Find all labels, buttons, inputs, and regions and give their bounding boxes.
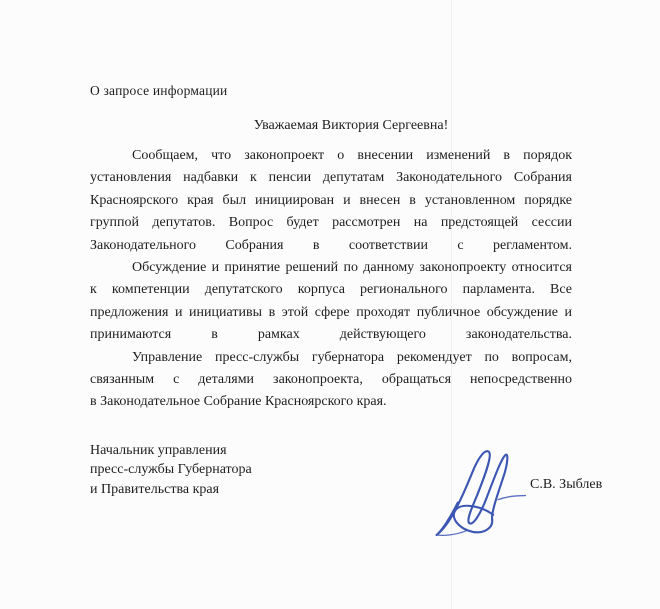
signoff-line: пресс-службы Губернатора	[90, 460, 330, 479]
signoff-line: и Правительства края	[90, 480, 330, 499]
body-line: Законодательного Собрания в соответствии…	[90, 235, 572, 257]
signoff-block: Начальник управления пресс-службы Губерн…	[90, 441, 330, 499]
body-line: в Законодательное Собрание Красноярского…	[90, 391, 572, 413]
letter-page: О запросе информации Уважаемая Виктория …	[0, 0, 660, 609]
body-line: установления надбавки к пенсии депутатам…	[90, 167, 572, 189]
body-line: принимаются в рамках действующего законо…	[90, 324, 572, 346]
letter-subject: О запросе информации	[90, 82, 572, 100]
body-line: предложения и инициативы в этой сфере пр…	[90, 302, 572, 324]
signoff-line: Начальник управления	[90, 441, 330, 460]
letter-greeting: Уважаемая Виктория Сергеевна!	[90, 116, 572, 136]
body-line: Сообщаем, что законопроект о внесении из…	[90, 145, 572, 167]
letter-body: Сообщаем, что законопроект о внесении из…	[90, 145, 572, 414]
body-line: Управление пресс-службы губернатора реко…	[90, 347, 572, 369]
signer-name: С.В. Зыблев	[530, 475, 640, 494]
body-line: к компетенции депутатского корпуса регио…	[90, 279, 572, 301]
body-line: группой депутатов. Вопрос будет рассмотр…	[90, 212, 572, 234]
body-line: связанным с деталями законопроекта, обра…	[90, 369, 572, 391]
handwritten-signature-icon	[426, 442, 530, 538]
body-line: Обсуждение и принятие решений по данному…	[90, 257, 572, 279]
body-line: Красноярского края был инициирован и вне…	[90, 190, 572, 212]
